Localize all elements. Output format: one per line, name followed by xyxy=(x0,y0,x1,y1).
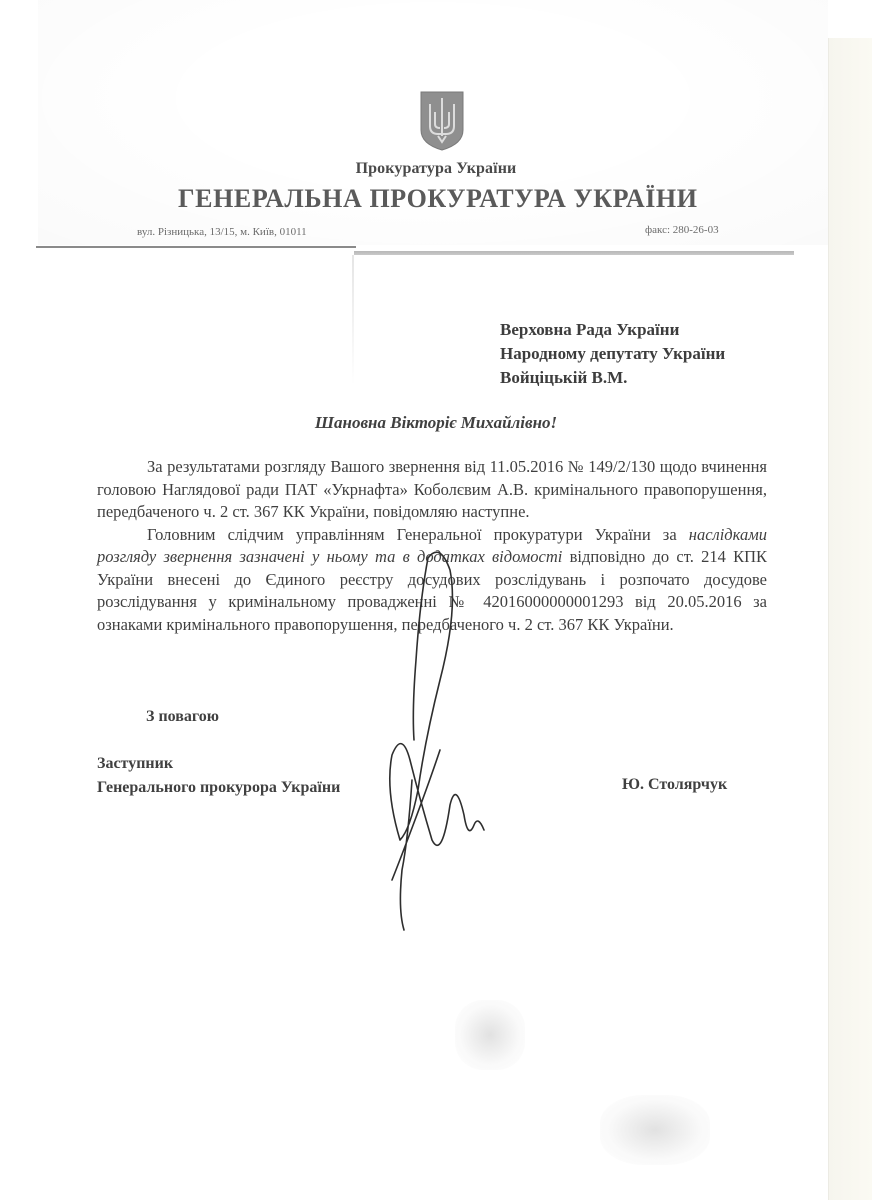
faint-stamp-mark xyxy=(600,1095,710,1165)
body-paragraph: Головним слідчим управлінням Генеральної… xyxy=(97,524,767,637)
salutation: Шановна Вікторіє Михайлівно! xyxy=(0,413,872,433)
body-text-run: Головним слідчим управлінням Генеральної… xyxy=(147,525,689,544)
signer-title: Заступник Генерального прокурора України xyxy=(97,752,340,800)
header-rule-left xyxy=(36,246,356,248)
letter-body: За результатами розгляду Вашого зверненн… xyxy=(97,456,767,636)
body-paragraph: За результатами розгляду Вашого зверненн… xyxy=(97,456,767,524)
addressee-line: Войціцькій В.М. xyxy=(500,366,725,390)
addressee-line: Народному депутату України xyxy=(500,342,725,366)
addressee-line: Верховна Рада України xyxy=(500,318,725,342)
addressee-block: Верховна Рада України Народному депутату… xyxy=(500,318,725,390)
faint-stamp-mark xyxy=(455,1000,525,1070)
header-rule-right xyxy=(354,251,794,255)
org-title: ГЕНЕРАЛЬНА ПРОКУРАТУРА УКРАЇНИ xyxy=(178,184,698,214)
signer-title-line: Генерального прокурора України xyxy=(97,776,340,800)
closing: З повагою xyxy=(146,708,219,726)
fold-shadow xyxy=(352,255,354,385)
org-subtitle: Прокуратура України xyxy=(0,160,872,178)
org-address: вул. Різницька, 13/15, м. Київ, 01011 xyxy=(137,226,307,238)
scan-page-edge xyxy=(828,38,872,1200)
signer-name: Ю. Столярчук xyxy=(622,776,727,794)
org-fax: факс: 280-26-03 xyxy=(645,224,719,236)
trident-coat-of-arms-icon xyxy=(418,90,466,152)
signer-title-line: Заступник xyxy=(97,752,340,776)
